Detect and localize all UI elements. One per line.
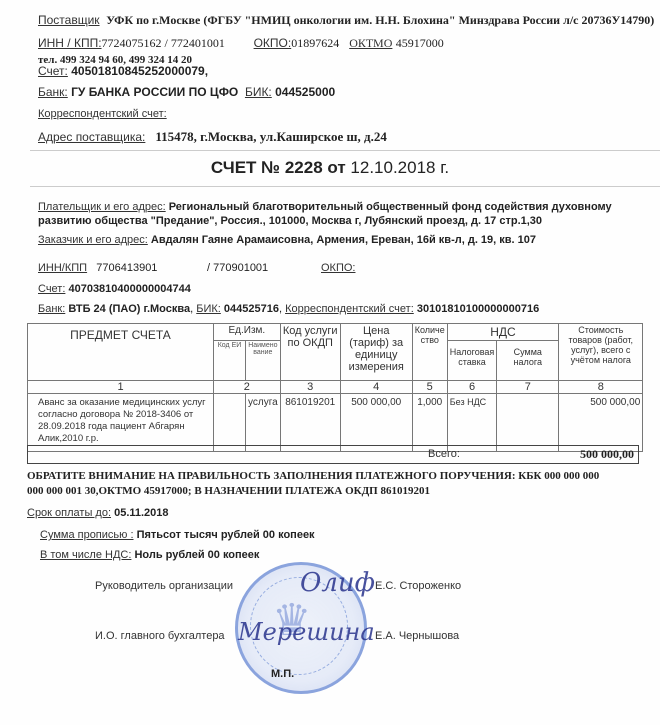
- customer-label: Заказчик и его адрес:: [38, 234, 148, 246]
- invoice-date: 12.10.2018 г.: [350, 158, 449, 177]
- accountant-label: И.О. главного бухгалтера: [95, 630, 225, 642]
- header-vat-rate: Налоговая ставка: [447, 341, 497, 381]
- col-num-4: 4: [340, 381, 412, 394]
- col-num-8: 8: [559, 381, 643, 394]
- vat-words-label: В том числе НДС:: [40, 549, 131, 561]
- payment-notice-2: 000 000 001 30,ОКТМО 45917000; В НАЗНАЧЕ…: [27, 485, 430, 497]
- row-unit-code: [214, 394, 246, 452]
- header-vat: НДС: [447, 324, 559, 341]
- supplier-bik-label: БИК:: [245, 85, 272, 99]
- seal-label: М.П.: [271, 668, 294, 680]
- col-num-7: 7: [497, 381, 559, 394]
- header-unit-name: Наимено вание: [246, 341, 281, 381]
- supplier-address-label: Адрес поставщика:: [38, 130, 145, 144]
- supplier-corr-line: Корреспондентский счет:: [38, 108, 167, 120]
- due-date-line: Срок оплаты до: 05.11.2018: [27, 507, 169, 519]
- supplier-bank-line: Банк: ГУ БАНКА РОССИИ ПО ЦФО БИК: 044525…: [38, 85, 335, 99]
- supplier-name: УФК по г.Москве (ФГБУ "НМИЦ онкологии им…: [106, 13, 654, 27]
- payer-inn: 7706413901: [96, 262, 157, 274]
- payer-bik: 044525716: [224, 303, 279, 315]
- supplier-address-line: Адрес поставщика: 115478, г.Москва, ул.К…: [38, 129, 387, 145]
- divider-title: [30, 186, 660, 187]
- payer-account-label: Счет:: [38, 283, 65, 295]
- supplier-inn-kpp: 7724075162 / 772401001: [102, 36, 225, 50]
- col-num-5: 5: [412, 381, 447, 394]
- supplier-okpo-label: ОКПО:: [254, 36, 292, 50]
- row-total: 500 000,00: [559, 394, 643, 452]
- supplier-bik: 044525000: [275, 85, 335, 99]
- payer-bik-label: БИК:: [196, 303, 221, 315]
- row-price: 500 000,00: [340, 394, 412, 452]
- invoice-title: СЧЕТ № 2228 от 12.10.2018 г.: [0, 158, 660, 178]
- total-value: 500 000,00: [580, 447, 634, 462]
- table-row: Аванс за оказание медицинских услуг согл…: [28, 394, 643, 452]
- supplier-oktmo: 45917000: [396, 36, 444, 50]
- payer-account: 40703810400000004744: [68, 283, 190, 295]
- customer-line: Заказчик и его адрес: Авдалян Гаяне Арам…: [38, 234, 536, 246]
- due-date: 05.11.2018: [114, 507, 168, 519]
- amount-words-line: Сумма прописью : Пятьсот тысяч рублей 00…: [40, 529, 315, 541]
- supplier-okpo: 01897624: [291, 36, 339, 50]
- supplier-address: 115478, г.Москва, ул.Каширское ш, д.24: [155, 129, 386, 144]
- col-num-1: 1: [28, 381, 214, 394]
- col-num-2: 2: [214, 381, 281, 394]
- supplier-label: Поставщик: [38, 13, 100, 27]
- head-name: Е.С. Стороженко: [375, 580, 461, 592]
- head-label: Руководитель организации: [95, 580, 233, 592]
- supplier-bank-label: Банк:: [38, 85, 68, 99]
- supplier-account-label: Счет:: [38, 64, 68, 78]
- col-num-6: 6: [447, 381, 497, 394]
- accountant-signature: Мерешина: [238, 618, 375, 646]
- payer-bank: ВТБ 24 (ПАО) г.Москва: [68, 303, 190, 315]
- header-qty: Количе ство: [412, 324, 447, 381]
- header-price: Цена (тариф) за единицу измерения: [340, 324, 412, 381]
- invoice-number: СЧЕТ № 2228: [211, 158, 323, 177]
- payer-name-1: Региональный благотворительный обществен…: [169, 201, 612, 213]
- supplier-account-line: Счет: 40501810845252000079,: [38, 64, 208, 78]
- row-subject: Аванс за оказание медицинских услуг согл…: [28, 394, 214, 452]
- vat-words: Ноль рублей 00 копеек: [134, 549, 259, 561]
- total-label: Всего:: [428, 448, 460, 460]
- head-signature: Олиф: [300, 568, 375, 598]
- total-row: Всего: 500 000,00: [27, 445, 639, 464]
- payer-bank-line: Банк: ВТБ 24 (ПАО) г.Москва, БИК: 044525…: [38, 303, 539, 315]
- header-okdp: Код услуги по ОКДП: [280, 324, 340, 381]
- header-unit-code: Код ЕИ: [214, 341, 246, 381]
- header-subject: ПРЕДМЕТ СЧЕТА: [28, 324, 214, 381]
- payer-line-1: Плательщик и его адрес: Региональный бла…: [38, 201, 612, 213]
- payer-okpo-label: ОКПО:: [321, 262, 355, 274]
- customer-value: Авдалян Гаяне Арамаисовна, Армения, Ерев…: [151, 234, 536, 246]
- supplier-account: 40501810845252000079,: [71, 64, 208, 78]
- accountant-name: Е.А. Чернышова: [375, 630, 459, 642]
- supplier-bank: ГУ БАНКА РОССИИ ПО ЦФО: [71, 85, 238, 99]
- payer-account-line: Счет: 40703810400000004744: [38, 283, 191, 295]
- divider-top: [30, 150, 660, 151]
- invoice-from: от: [327, 158, 345, 177]
- due-date-label: Срок оплаты до:: [27, 507, 111, 519]
- row-vat-rate: Без НДС: [447, 394, 497, 452]
- row-unit-name: услуга: [246, 394, 281, 452]
- header-total: Стоимость товаров (работ, услуг), всего …: [559, 324, 643, 381]
- row-okdp: 861019201: [280, 394, 340, 452]
- supplier-inn-label: ИНН / КПП:: [38, 36, 102, 50]
- supplier-line: Поставщик УФК по г.Москве (ФГБУ "НМИЦ он…: [38, 13, 654, 28]
- row-vat-sum: [497, 394, 559, 452]
- amount-words-label: Сумма прописью :: [40, 529, 134, 541]
- payer-name-2: развитию общества "Предание", Россия., 1…: [38, 215, 542, 227]
- column-numbers-row: 1 2 3 4 5 6 7 8: [28, 381, 643, 394]
- header-vat-sum: Сумма налога: [497, 341, 559, 381]
- payer-corr-label: Корреспондентский счет:: [285, 303, 414, 315]
- payer-kpp: / 770901001: [207, 262, 268, 274]
- vat-words-line: В том числе НДС: Ноль рублей 00 копеек: [40, 549, 259, 561]
- payer-inn-line: ИНН/КПП 7706413901: [38, 262, 157, 274]
- col-num-3: 3: [280, 381, 340, 394]
- supplier-corr-label: Корреспондентский счет:: [38, 108, 167, 120]
- supplier-ids-line: ИНН / КПП:7724075162 / 772401001 ОКПО:01…: [38, 36, 444, 51]
- header-unit: Ед.Изм.: [214, 324, 281, 341]
- payer-corr: 30101810100000000716: [417, 303, 539, 315]
- invoice-items-table: ПРЕДМЕТ СЧЕТА Ед.Изм. Код услуги по ОКДП…: [27, 323, 643, 452]
- payment-notice-1: ОБРАТИТЕ ВНИМАНИЕ НА ПРАВИЛЬНОСТЬ ЗАПОЛН…: [27, 470, 599, 482]
- payer-label: Плательщик и его адрес:: [38, 201, 166, 213]
- payer-inn-label: ИНН/КПП: [38, 262, 87, 274]
- row-qty: 1,000: [412, 394, 447, 452]
- amount-words: Пятьсот тысяч рублей 00 копеек: [137, 529, 315, 541]
- supplier-oktmo-label: ОКТМО: [349, 36, 392, 50]
- payer-bank-label: Банк:: [38, 303, 65, 315]
